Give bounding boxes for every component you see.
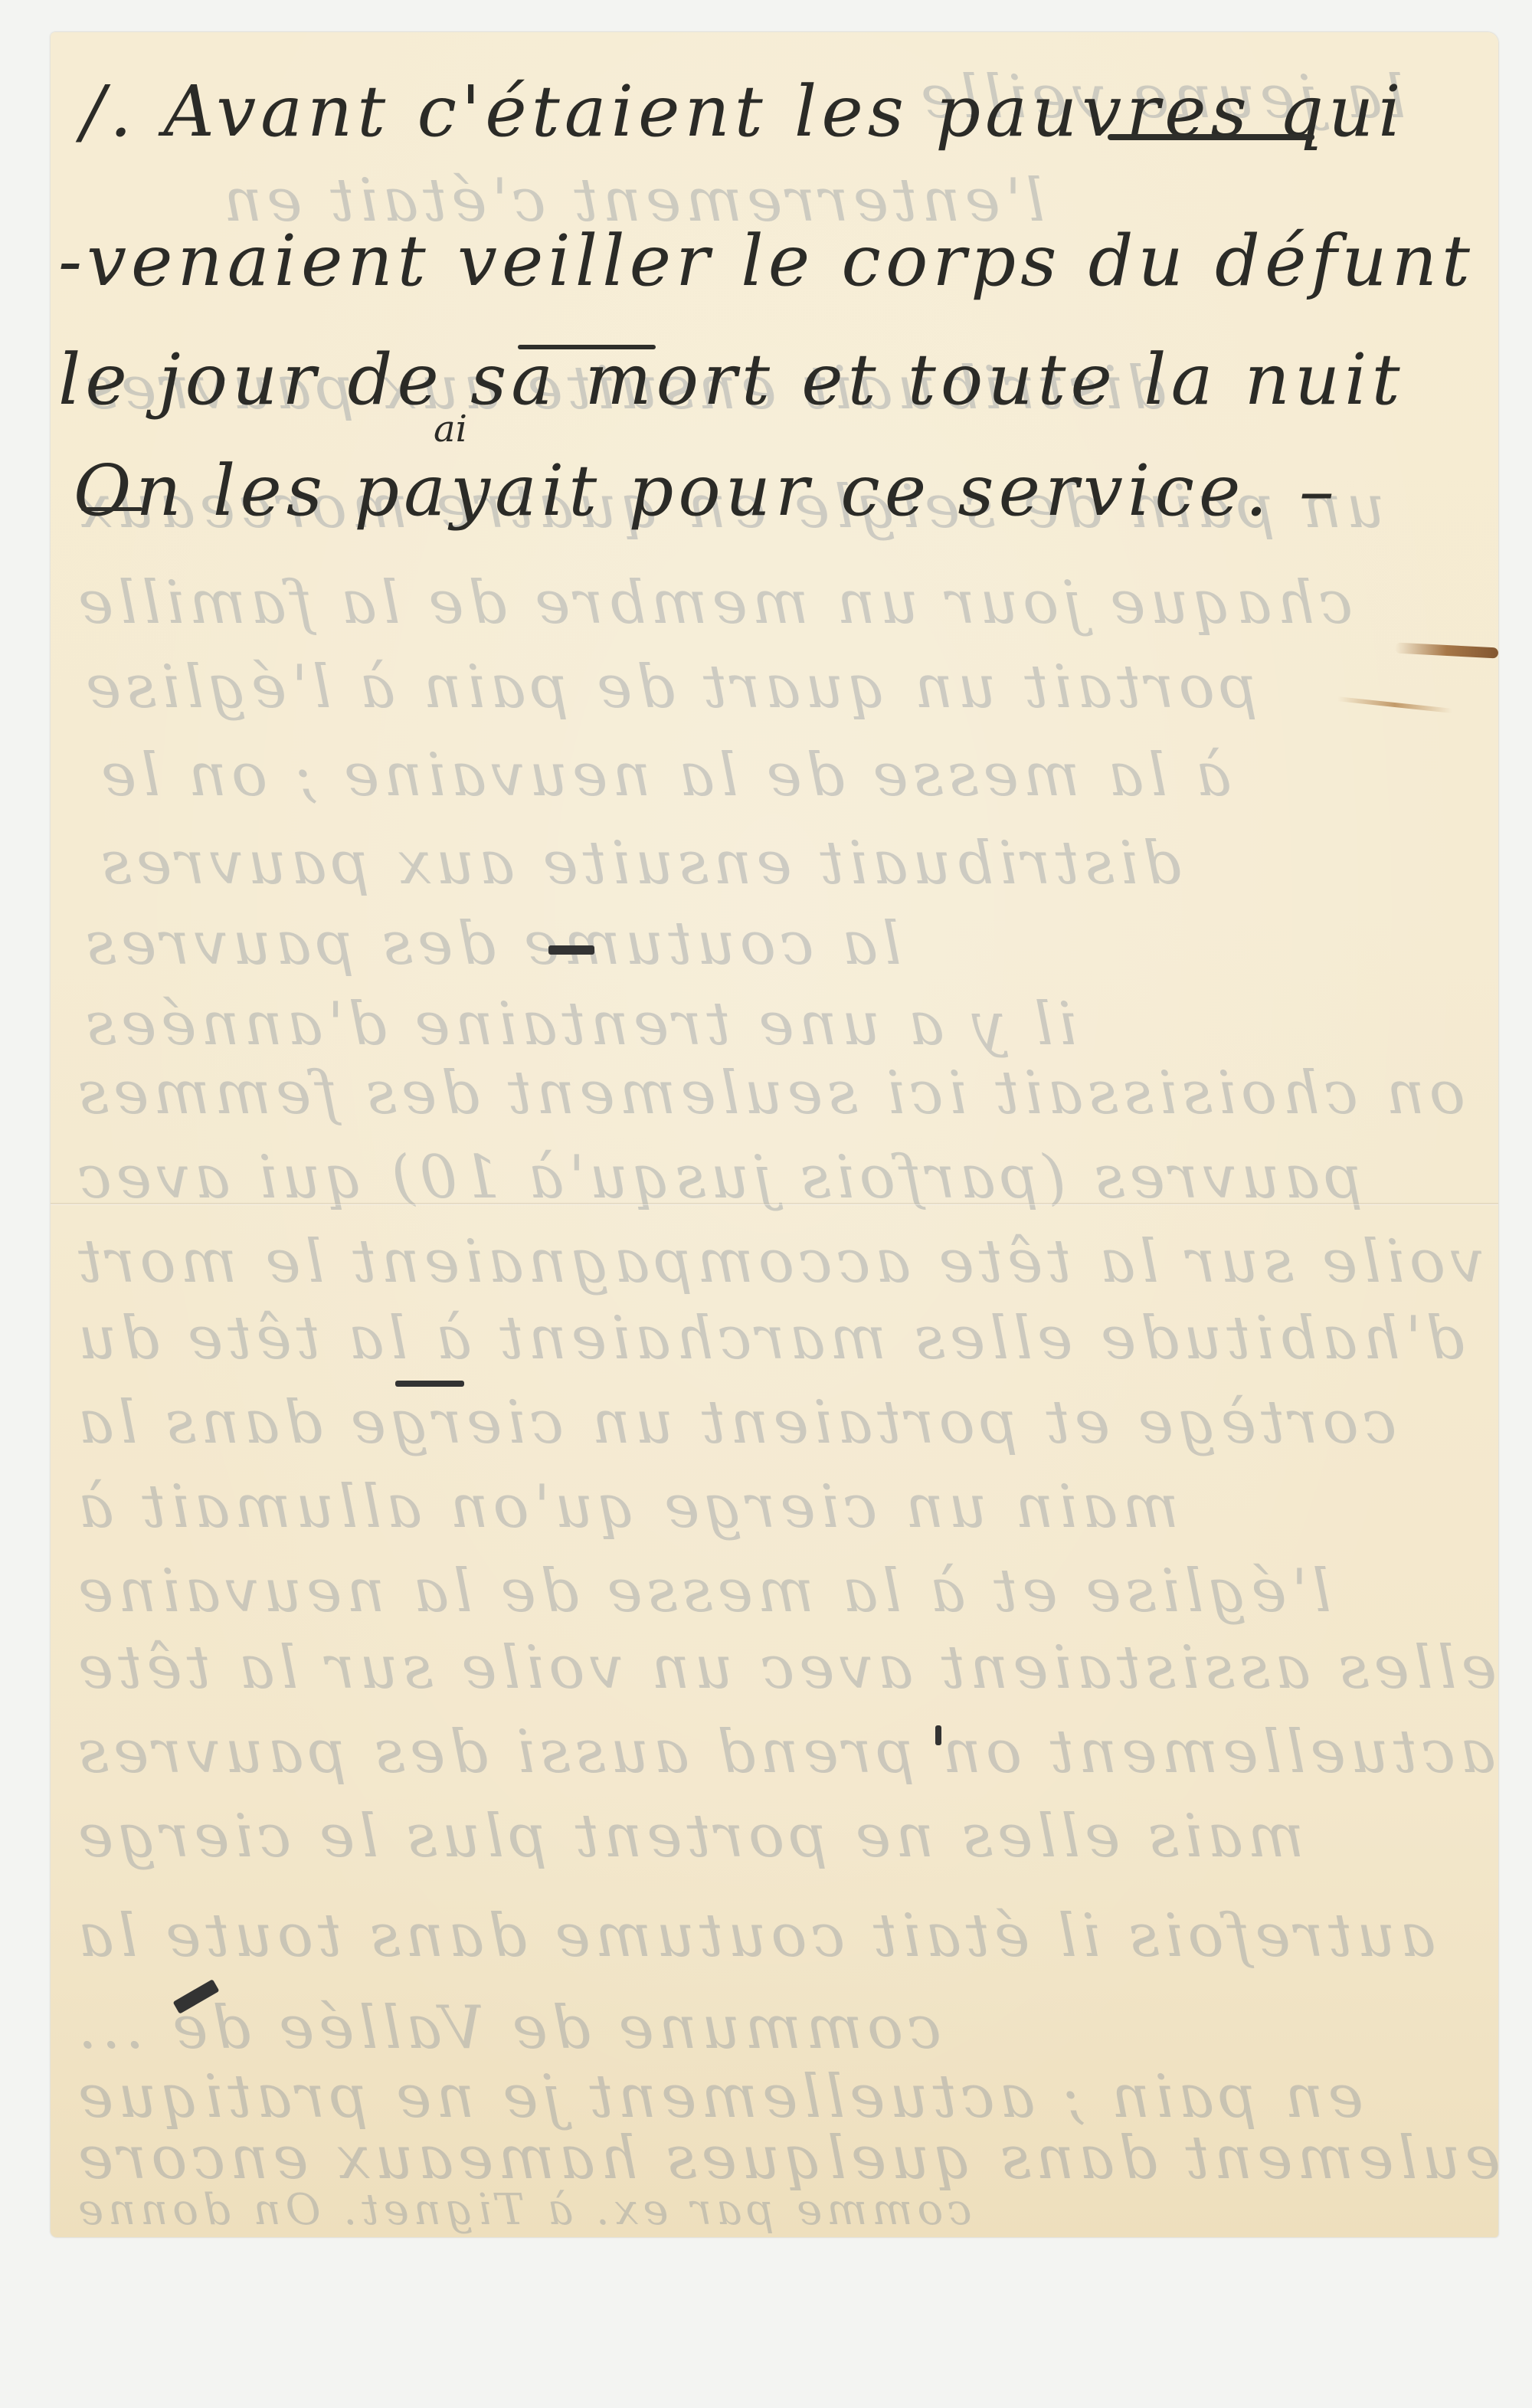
bleed-line: pauvres (parfois jusqu'à 10) qui avec — [74, 1143, 1363, 1212]
bleed-line: autrefois il était coutume dans toute la — [74, 1902, 1435, 1971]
bleed-line: la coutume des pauvres — [81, 909, 902, 978]
bleed-line: à la messe de la neuvaine ; on le — [97, 741, 1231, 810]
ink-blot — [548, 945, 594, 955]
rust-streak — [1337, 696, 1452, 713]
bleed-line: d'habitude elles marchaient à la tête du — [74, 1304, 1465, 1373]
bleed-line: il y a une trentaine d'années — [81, 990, 1077, 1059]
bleed-line: l'église et à la messe de la neuvaine — [74, 1557, 1331, 1626]
bleed-line: commune de Vallée de ... — [74, 1994, 941, 2062]
bleed-line: distribuait ensuite aux pauvres — [97, 829, 1181, 898]
bleed-line: cortège et portaient un cierge dans la — [74, 1388, 1396, 1457]
ink-dash — [395, 1381, 464, 1387]
bleed-line: en pain ; actuellement je ne pratique — [74, 2062, 1363, 2131]
bleed-line: main un cierge qu'on allumait à — [74, 1473, 1179, 1541]
bleed-line: actuellement on prend aussi des pauvres — [74, 1718, 1495, 1787]
bleed-line: comme par ex. à Tignet. On donne — [74, 2185, 972, 2235]
rust-stain — [1395, 642, 1498, 658]
bleed-line: portait un quart de pain à l'église — [81, 653, 1258, 722]
ink-tick — [935, 1725, 941, 1745]
strikethrough-line-3 — [518, 345, 656, 349]
strikethrough-line-1 — [1108, 134, 1314, 140]
strikethrough-line-4 — [81, 507, 142, 511]
bleed-line: seulement dans quelques hameaux encore — [74, 2124, 1498, 2193]
ink-line-2: -venaient veiller le corps du défunt — [58, 220, 1475, 302]
ink-line-3: le jour de sa mort et toute la nuit — [58, 339, 1405, 421]
bleed-line: on choisissait ici seulement des femmes — [74, 1059, 1465, 1128]
bleed-line: mais elles ne portent plus le cierge — [74, 1802, 1304, 1871]
bleed-line: chaque jour un membre de la famille — [74, 568, 1353, 637]
fold-crease — [51, 1203, 1498, 1205]
bleed-line: le voile sur la tête accompagnaient le m… — [74, 1227, 1498, 1296]
insertion-above-payent: ai — [434, 408, 467, 450]
ink-line-4: On les payait pour ce service. – — [74, 450, 1339, 532]
manuscript-page: la jeune veille l'enterrement c'était en… — [51, 32, 1498, 2237]
bleed-line: elles assistaient avec un voile sur la t… — [74, 1633, 1497, 1702]
